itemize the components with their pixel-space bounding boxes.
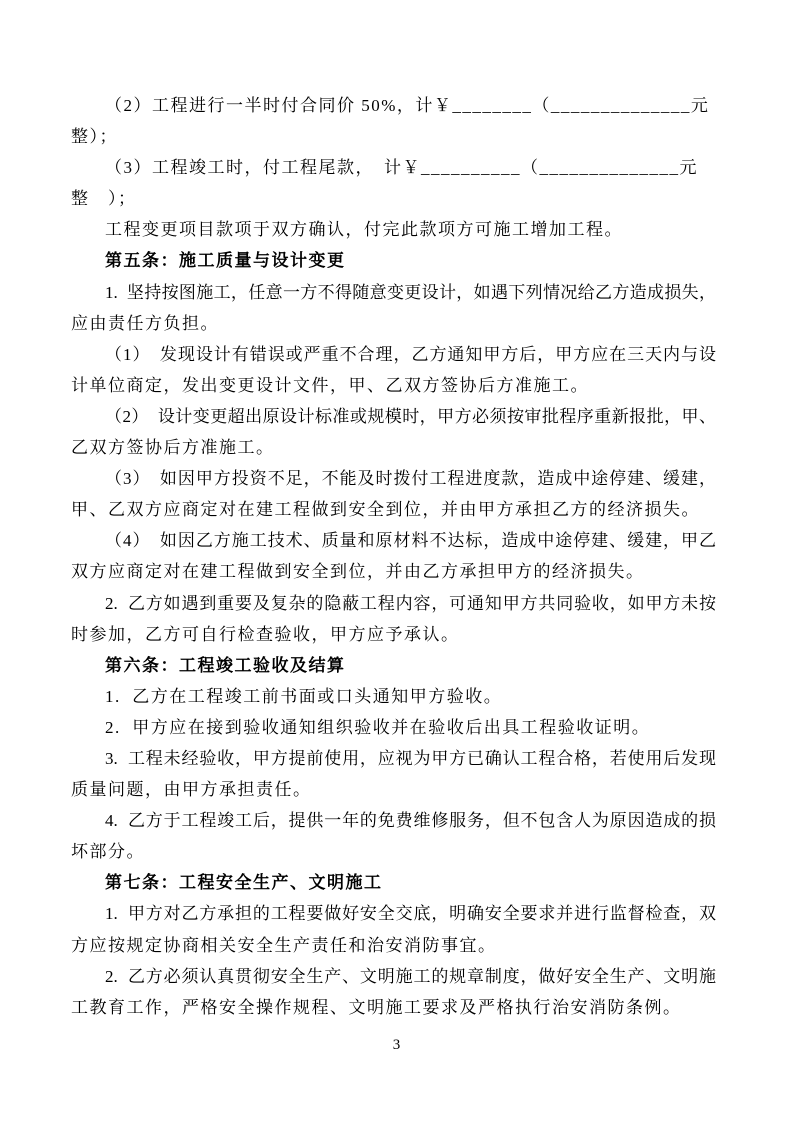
document-line: 乙双方签协后方准施工。 [71, 432, 716, 463]
document-line: 4. 乙方于工程竣工后，提供一年的免费维修服务，但不包含人为原因造成的损 [71, 805, 716, 836]
document-line: （4） 如因乙方施工技术、质量和原材料不达标，造成中途停建、缓建，甲乙 [71, 525, 716, 556]
document-line: （3）工程竣工时，付工程尾款， 计￥__________（___________… [71, 152, 716, 214]
document-line: 1. 坚持按图施工，任意一方不得随意变更设计，如遇下列情况给乙方造成损失， [71, 277, 716, 308]
document-line: 坏部分。 [71, 836, 716, 867]
document-line: 3. 工程未经验收，甲方提前使用，应视为甲方已确认工程合格，若使用后发现 [71, 743, 716, 774]
document-line: 第六条：工程竣工验收及结算 [71, 650, 716, 681]
document-line: 质量问题，由甲方承担责任。 [71, 774, 716, 805]
page-number: 3 [0, 1034, 793, 1056]
document-line: 2. 甲方应在接到验收通知组织验收并在验收后出具工程验收证明。 [71, 712, 716, 743]
document-line: （2） 设计变更超出原设计标准或规模时，甲方必须按审批程序重新报批，甲、 [71, 401, 716, 432]
document-line: 时参加，乙方可自行检查验收，甲方应予承认。 [71, 619, 716, 650]
document-line: （3） 如因甲方投资不足，不能及时拨付工程进度款，造成中途停建、缓建， [71, 463, 716, 494]
document-line: 双方应商定对在建工程做到安全到位，并由乙方承担甲方的经济损失。 [71, 556, 716, 587]
document-line: 应由责任方负担。 [71, 308, 716, 339]
document-line: 2. 乙方如遇到重要及复杂的隐蔽工程内容，可通知甲方共同验收，如甲方未按 [71, 588, 716, 619]
document-line: 1. 乙方在工程竣工前书面或口头通知甲方验收。 [71, 681, 716, 712]
document-line: 2. 乙方必须认真贯彻安全生产、文明施工的规章制度，做好安全生产、文明施 [71, 961, 716, 992]
document-line: 第五条：施工质量与设计变更 [71, 245, 716, 276]
document-line: 甲、乙双方应商定对在建工程做到安全到位，并由甲方承担乙方的经济损失。 [71, 494, 716, 525]
document-line: （2）工程进行一半时付合同价 50%，计￥________（__________… [71, 90, 716, 152]
document-line: 计单位商定，发出变更设计文件，甲、乙双方签协后方准施工。 [71, 370, 716, 401]
document-line: 第七条：工程安全生产、文明施工 [71, 867, 716, 898]
document-line: 方应按规定协商相关安全生产责任和治安消防事宜。 [71, 930, 716, 961]
document-line: 工教育工作，严格安全操作规程、文明施工要求及严格执行治安消防条例。 [71, 992, 716, 1023]
document-content: （2）工程进行一半时付合同价 50%，计￥________（__________… [71, 90, 716, 1023]
document-page: （2）工程进行一半时付合同价 50%，计￥________（__________… [0, 0, 793, 1122]
document-line: 1. 甲方对乙方承担的工程要做好安全交底，明确安全要求并进行监督检查，双 [71, 898, 716, 929]
document-line: （1） 发现设计有错误或严重不合理，乙方通知甲方后，甲方应在三天内与设 [71, 339, 716, 370]
document-line: 工程变更项目款项于双方确认，付完此款项方可施工增加工程。 [71, 214, 716, 245]
